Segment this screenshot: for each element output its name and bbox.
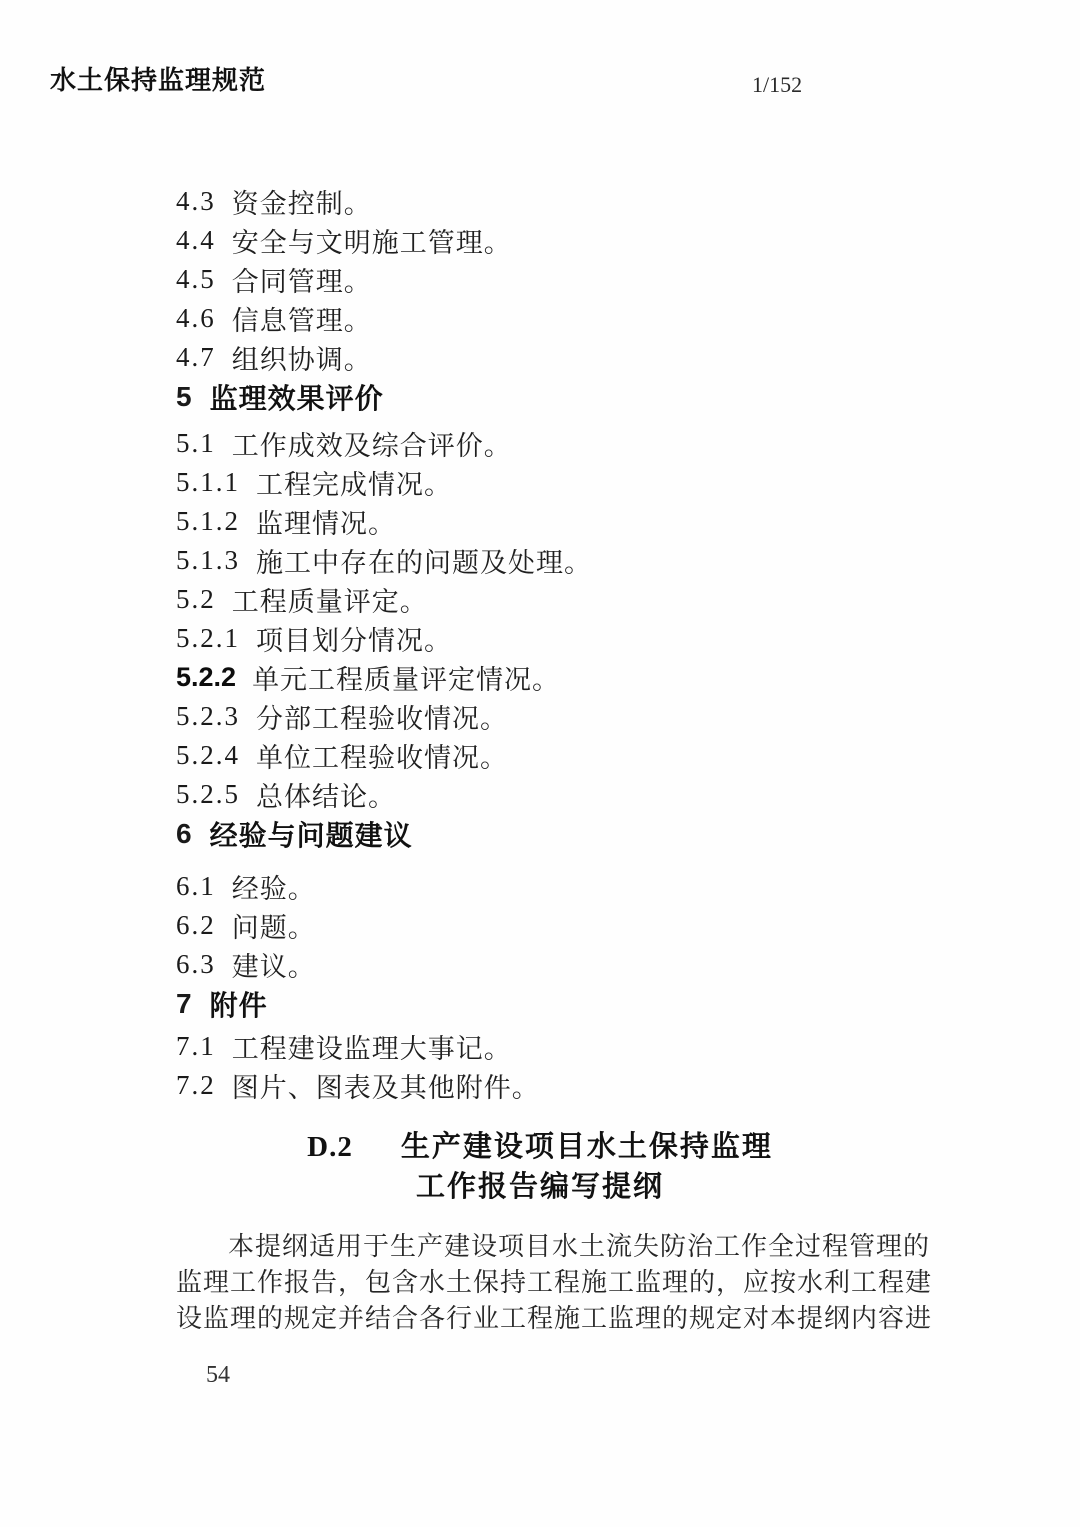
toc-item-number: 6 bbox=[176, 818, 192, 850]
toc-item: 7.2图片、图表及其他附件。 bbox=[176, 1066, 592, 1105]
appendix-heading-line1: D.2生产建设项目水土保持监理 bbox=[0, 1127, 1080, 1167]
toc-item: 7.1工程建设监理大事记。 bbox=[176, 1027, 592, 1066]
toc-item: 6.2问题。 bbox=[176, 906, 592, 945]
toc-item-text: 分部工程验收情况。 bbox=[256, 697, 508, 736]
toc-item-text: 资金控制。 bbox=[232, 182, 372, 221]
toc-item-text: 单位工程验收情况。 bbox=[256, 736, 508, 775]
toc-item-number: 7 bbox=[176, 988, 192, 1020]
toc-item: 5.1工作成效及综合评价。 bbox=[176, 424, 592, 463]
toc-item-number: 4.4 bbox=[176, 225, 216, 256]
toc-item: 5.1.3施工中存在的问题及处理。 bbox=[176, 541, 592, 580]
toc-item-text: 经验。 bbox=[232, 867, 316, 906]
toc-item: 6.3建议。 bbox=[176, 945, 592, 984]
toc-item-number: 4.6 bbox=[176, 303, 216, 334]
toc-item-text: 组织协调。 bbox=[232, 338, 372, 377]
toc-item-number: 5.1 bbox=[176, 428, 216, 459]
toc-item: 5.1.1工程完成情况。 bbox=[176, 463, 592, 502]
toc-item-number: 5.2.3 bbox=[176, 701, 240, 732]
page-indicator: 1/152 bbox=[752, 72, 802, 98]
toc-item: 4.6信息管理。 bbox=[176, 299, 592, 338]
toc-item: 4.3资金控制。 bbox=[176, 182, 592, 221]
toc-item-number: 5.2.4 bbox=[176, 740, 240, 771]
toc-item-text: 工程完成情况。 bbox=[256, 463, 452, 502]
toc-item-number: 4.3 bbox=[176, 186, 216, 217]
paragraph-line: 监理工作报告，包含水土保持工程施工监理的，应按水利工程建 bbox=[176, 1265, 916, 1301]
toc-item: 5.2.5总体结论。 bbox=[176, 775, 592, 814]
document-page: 水土保持监理规范 1/152 4.3资金控制。 4.4安全与文明施工管理。 4.… bbox=[0, 0, 1080, 1527]
appendix-heading: D.2生产建设项目水土保持监理 工作报告编写提纲 bbox=[0, 1127, 1080, 1207]
toc-item-text: 单元工程质量评定情况。 bbox=[252, 658, 560, 697]
toc-item-text: 图片、图表及其他附件。 bbox=[232, 1066, 540, 1105]
toc-item-number: 5.2.1 bbox=[176, 623, 240, 654]
paragraph-line: 设监理的规定并结合各行业工程施工监理的规定对本提纲内容进 bbox=[176, 1301, 916, 1337]
toc-item: 5.1.2监理情况。 bbox=[176, 502, 592, 541]
toc-item: 5.2.4单位工程验收情况。 bbox=[176, 736, 592, 775]
toc-item-number: 5 bbox=[176, 381, 192, 413]
toc-item-number: 6.1 bbox=[176, 871, 216, 902]
toc-item-text: 监理情况。 bbox=[256, 502, 396, 541]
toc-item-number: 6.3 bbox=[176, 949, 216, 980]
toc-item-number: 6.2 bbox=[176, 910, 216, 941]
footer-page-number: 54 bbox=[206, 1362, 230, 1389]
toc-item: 6.1经验。 bbox=[176, 867, 592, 906]
toc-item-number: 7.1 bbox=[176, 1031, 216, 1062]
toc-item-number: 7.2 bbox=[176, 1070, 216, 1101]
toc-item: 4.4安全与文明施工管理。 bbox=[176, 221, 592, 260]
toc-item-number: 4.7 bbox=[176, 342, 216, 373]
toc-item-text: 项目划分情况。 bbox=[256, 619, 452, 658]
appendix-title-line1: 生产建设项目水土保持监理 bbox=[401, 1131, 773, 1163]
toc-item-number: 5.2.2 bbox=[176, 662, 236, 693]
toc-section-heading: 5监理效果评价 bbox=[176, 377, 592, 416]
toc-item-number: 5.1.1 bbox=[176, 467, 240, 498]
toc-item-number: 5.2 bbox=[176, 584, 216, 615]
toc-item-number: 5.2.5 bbox=[176, 779, 240, 810]
toc-item-number: 5.1.3 bbox=[176, 545, 240, 576]
toc-item-text: 附件 bbox=[210, 984, 268, 1024]
toc-item-text: 施工中存在的问题及处理。 bbox=[256, 541, 592, 580]
toc-item: 5.2.3分部工程验收情况。 bbox=[176, 697, 592, 736]
appendix-label: D.2 bbox=[307, 1131, 353, 1163]
toc-item-text: 问题。 bbox=[232, 906, 316, 945]
toc-item-text: 合同管理。 bbox=[232, 260, 372, 299]
toc-item: 5.2工程质量评定。 bbox=[176, 580, 592, 619]
document-title: 水土保持监理规范 bbox=[50, 64, 266, 96]
paragraph-line: 本提纲适用于生产建设项目水土流失防治工作全过程管理的 bbox=[176, 1229, 916, 1265]
toc-item: 5.2.2单元工程质量评定情况。 bbox=[176, 658, 592, 697]
toc-item: 4.7组织协调。 bbox=[176, 338, 592, 377]
toc-item-text: 建议。 bbox=[232, 945, 316, 984]
toc-item-number: 4.5 bbox=[176, 264, 216, 295]
toc-section-heading: 7附件 bbox=[176, 984, 592, 1023]
toc-item-text: 信息管理。 bbox=[232, 299, 372, 338]
toc-item-text: 工程建设监理大事记。 bbox=[232, 1027, 512, 1066]
toc-item-text: 工程质量评定。 bbox=[232, 580, 428, 619]
appendix-title-line2: 工作报告编写提纲 bbox=[0, 1167, 1080, 1207]
toc-item-text: 监理效果评价 bbox=[210, 377, 384, 417]
toc-section-heading: 6经验与问题建议 bbox=[176, 814, 592, 853]
toc-item: 4.5合同管理。 bbox=[176, 260, 592, 299]
toc-item-text: 安全与文明施工管理。 bbox=[232, 221, 512, 260]
toc-item-text: 工作成效及综合评价。 bbox=[232, 424, 512, 463]
outline-list: 4.3资金控制。 4.4安全与文明施工管理。 4.5合同管理。 4.6信息管理。… bbox=[176, 182, 592, 1105]
toc-item-text: 总体结论。 bbox=[256, 775, 396, 814]
toc-item-number: 5.1.2 bbox=[176, 506, 240, 537]
toc-item-text: 经验与问题建议 bbox=[210, 814, 413, 854]
intro-paragraph: 本提纲适用于生产建设项目水土流失防治工作全过程管理的 监理工作报告，包含水土保持… bbox=[176, 1229, 916, 1337]
toc-item: 5.2.1项目划分情况。 bbox=[176, 619, 592, 658]
